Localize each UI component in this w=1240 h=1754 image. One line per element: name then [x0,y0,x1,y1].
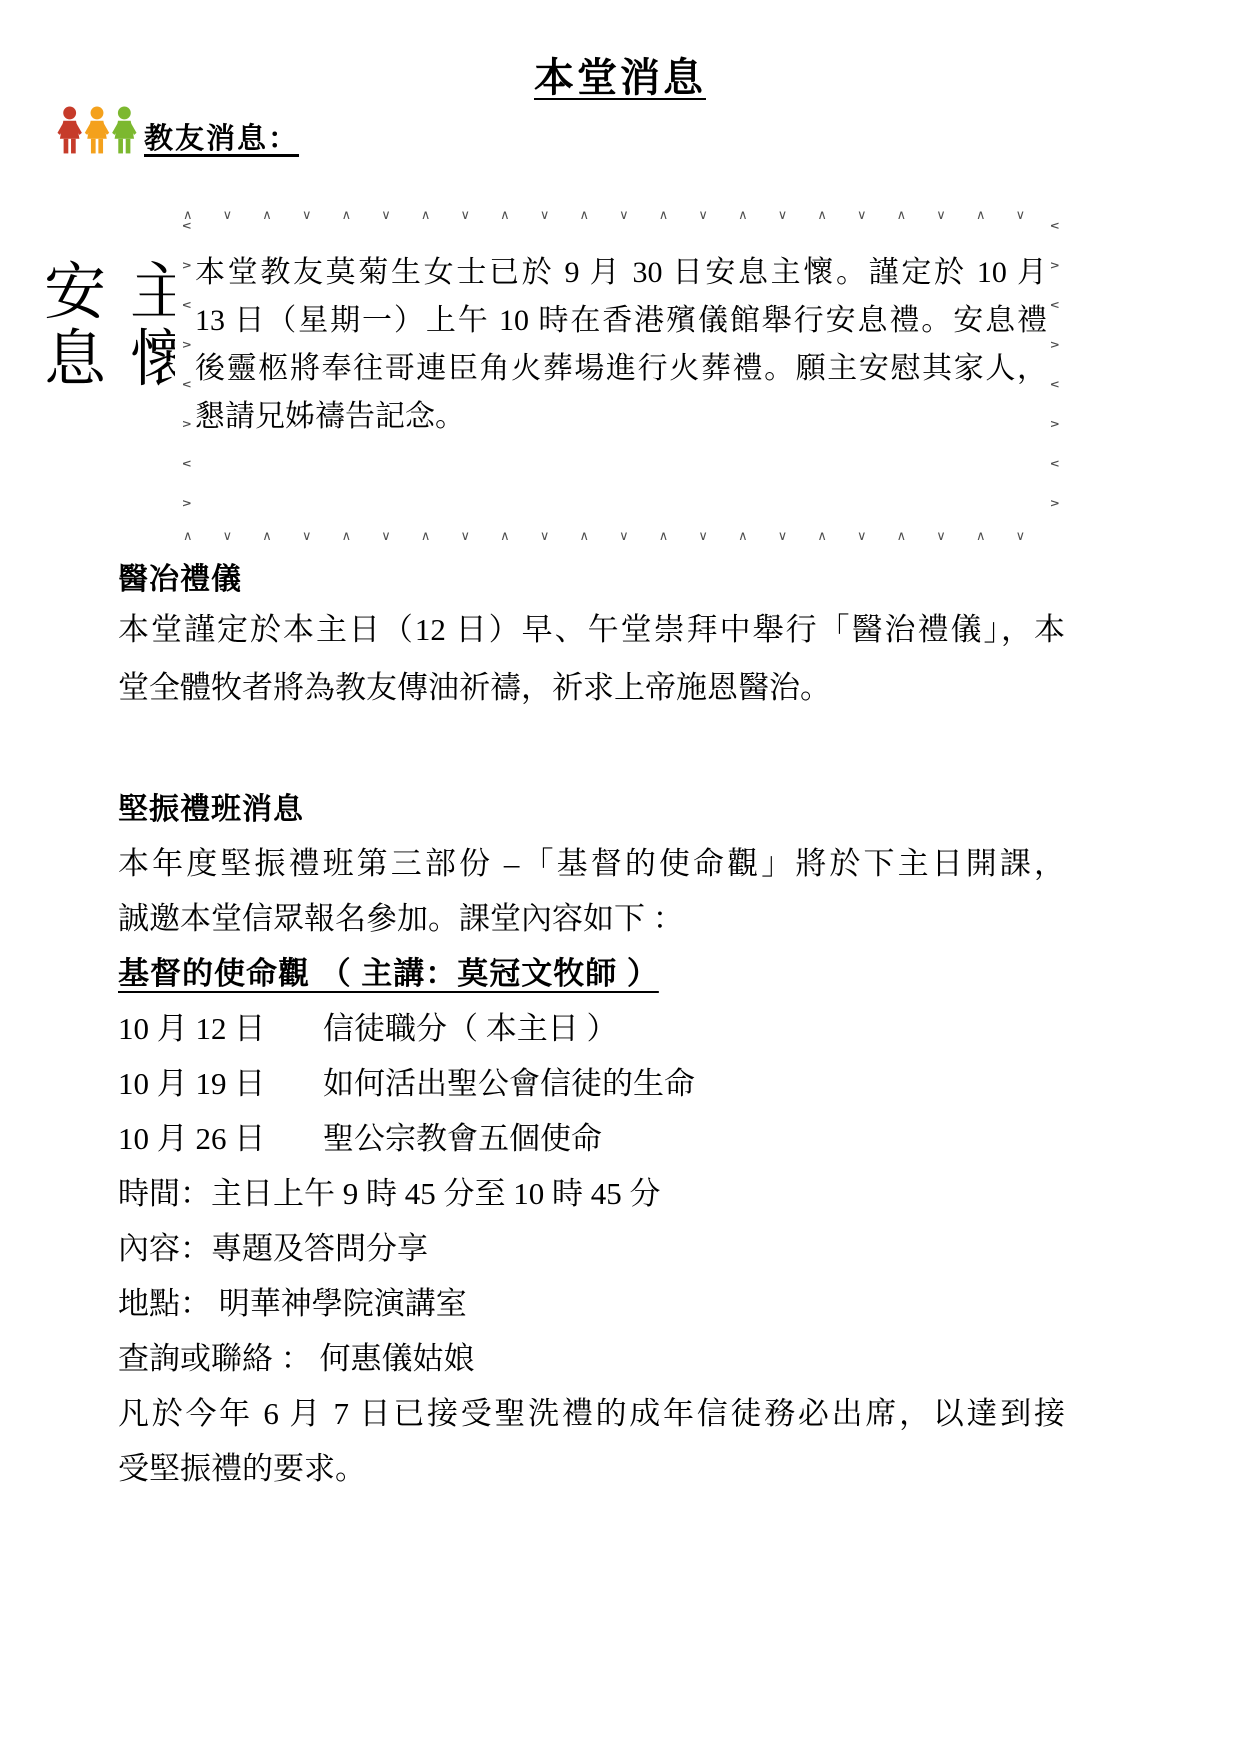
person-red [57,106,81,153]
confirmation-body: 本年度堅振禮班第三部份 –「基督的使命觀」將於下主日開課， 誠邀本堂信眾報名參加… [118,836,1065,1496]
obituary-line: 後靈柩將奉往哥連臣角火葬場進行火葬禮。願主安慰其家人， [195,345,1047,393]
obituary-line: 本堂教友莫菊生女士已於 9 月 30 日安息主懷。謹定於 10 月 [195,249,1047,297]
healing-line: 堂全體牧者將為教友傳油祈禱，祈求上帝施恩醫治。 [118,659,1065,717]
healing-section-heading: 醫冶禮儀 [118,554,242,598]
schedule-row: 10 月 12 日信徒職分（ 本主日 ） [118,1001,1065,1056]
course-title-line: 基督的使命觀 （ 主講：莫冠文牧師 ） [118,946,1065,1001]
zigzag-border-top: ∧ ∨ ∧ ∨ ∧ ∨ ∧ ∨ ∧ ∨ ∧ ∨ ∧ ∨ ∧ ∨ ∧ ∨ ∧ ∨ … [183,207,1055,227]
person-orange [85,106,109,153]
course-title: 基督的使命觀 （ 主講：莫冠文牧師 ） [118,956,659,991]
detail-line-content: 內容：專題及答問分享 [118,1221,1065,1276]
obituary-box: ∧ ∨ ∧ ∨ ∧ ∨ ∧ ∨ ∧ ∨ ∧ ∨ ∧ ∨ ∧ ∨ ∧ ∨ ∧ ∨ … [175,207,1063,548]
schedule-topic: 聖公宗教會五個使命 [323,1121,602,1156]
zigzag-border-left: ∨ ∧ ∨ ∧ ∨ ∧ ∨ ∧ ∨ ∧ ∨ ∧ ∨ ∧ ∨ ∧ ∨ ∧ ∨ ∧ … [175,221,195,534]
detail-line-contact: 查詢或聯絡 ： 何惠儀姑娘 [118,1331,1065,1386]
obituary-text: 本堂教友莫菊生女士已於 9 月 30 日安息主懷。謹定於 10 月 13 日（星… [195,249,1047,441]
banner-column-anxi: 安息 [40,260,110,394]
rest-in-lord-banner: 安息 主懷 [40,260,196,394]
detail-line-venue: 地點： 明華神學院演講室 [118,1276,1065,1331]
schedule-date: 10 月 26 日 [118,1111,323,1166]
confirmation-intro-line: 本年度堅振禮班第三部份 –「基督的使命觀」將於下主日開課， [118,836,1065,891]
confirmation-section-heading: 堅振禮班消息 [118,784,304,828]
members-news-label: 教友消息： [144,124,299,158]
members-news-header: 教友消息： [56,102,299,158]
three-people-icon [56,102,138,158]
schedule-row: 10 月 19 日如何活出聖公會信徒的生命 [118,1056,1065,1111]
zigzag-border-bottom: ∧ ∨ ∧ ∨ ∧ ∨ ∧ ∨ ∧ ∨ ∧ ∨ ∧ ∨ ∧ ∨ ∧ ∨ ∧ ∨ … [183,528,1055,548]
detail-line-time: 時間：主日上午 9 時 45 分至 10 時 45 分 [118,1166,1065,1221]
note-line: 受堅振禮的要求。 [118,1441,1065,1496]
schedule-date: 10 月 19 日 [118,1056,323,1111]
obituary-line: 13 日（星期一）上午 10 時在香港殯儀館舉行安息禮。安息禮 [195,297,1047,345]
page-title: 本堂消息 [0,46,1240,103]
note-line: 凡於今年 6 月 7 日已接受聖洗禮的成年信徒務必出席，以達到接 [118,1386,1065,1441]
schedule-topic: 如何活出聖公會信徒的生命 [323,1066,695,1101]
schedule-topic: 信徒職分（ 本主日 ） [323,1011,618,1046]
confirmation-intro-line: 誠邀本堂信眾報名參加。課堂內容如下 ： [118,891,1065,946]
obituary-line: 懇請兄姊禱告記念。 [195,393,1047,441]
healing-paragraph: 本堂謹定於本主日（12 日）早、午堂崇拜中舉行「醫治禮儀」，本 堂全體牧者將為教… [118,601,1065,717]
healing-line: 本堂謹定於本主日（12 日）早、午堂崇拜中舉行「醫治禮儀」，本 [118,601,1065,659]
schedule-date: 10 月 12 日 [118,1001,323,1056]
person-green [112,106,136,153]
newsletter-page: 本堂消息 [0,0,1240,1754]
schedule-row: 10 月 26 日聖公宗教會五個使命 [118,1111,1065,1166]
